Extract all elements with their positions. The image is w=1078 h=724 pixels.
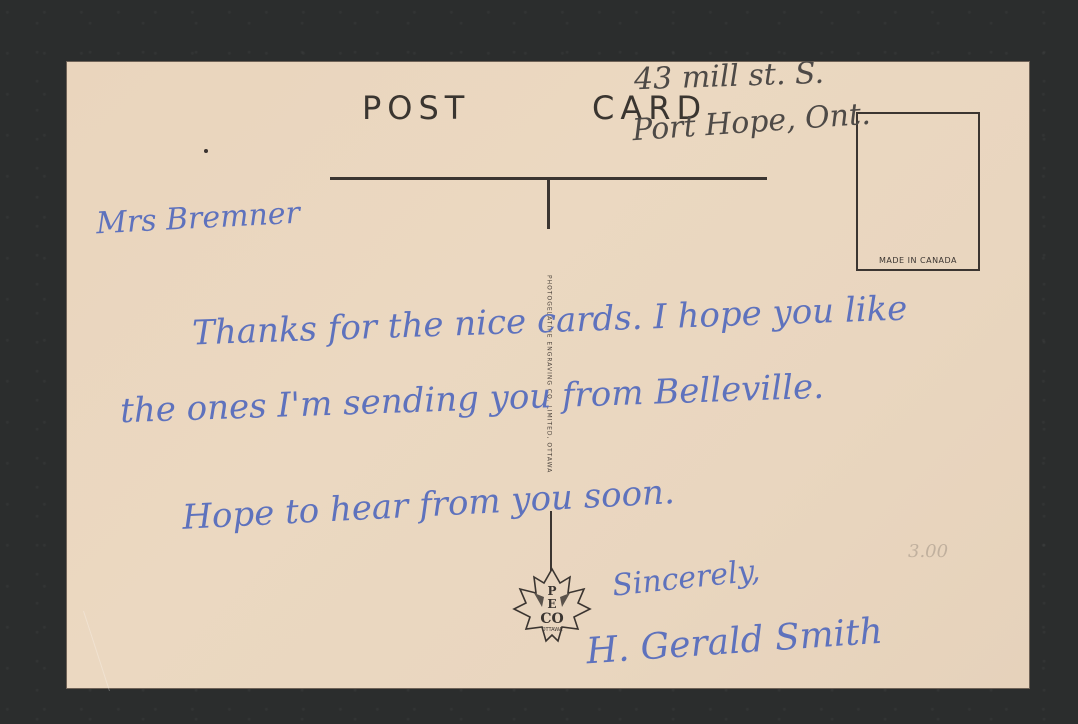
message-line-2: the ones I'm sending you from Belleville…: [120, 367, 825, 432]
signature: H. Gerald Smith: [585, 611, 884, 673]
svg-text:OTTAWA: OTTAWA: [542, 627, 563, 633]
corner-crease: [83, 611, 170, 691]
svg-text:E: E: [547, 597, 556, 611]
divider-vertical-top: [547, 177, 550, 229]
postcard: Post Card PHOTOGELATINE ENGRAVING CO. LI…: [66, 61, 1030, 689]
stamp-box: MADE IN CANADA: [856, 112, 980, 271]
closing: Sincerely,: [611, 553, 762, 603]
printer-credit: PHOTOGELATINE ENGRAVING CO. LIMITED, OTT…: [537, 239, 561, 509]
pencil-price: 3.00: [908, 541, 948, 562]
peco-maple-leaf-logo-icon: P E CO OTTAWA: [512, 567, 592, 647]
made-in-canada-label: MADE IN CANADA: [858, 256, 978, 265]
svg-text:P: P: [547, 584, 556, 598]
message-line-3: Hope to hear from you soon.: [181, 472, 675, 538]
greeting: Mrs Bremner: [95, 196, 301, 242]
ink-spot: [204, 149, 208, 153]
post-heading: Post: [362, 89, 470, 127]
address-line-1: 43 mill st. S.: [633, 56, 824, 98]
svg-text:CO: CO: [540, 611, 563, 627]
post-word: Post: [362, 89, 470, 127]
